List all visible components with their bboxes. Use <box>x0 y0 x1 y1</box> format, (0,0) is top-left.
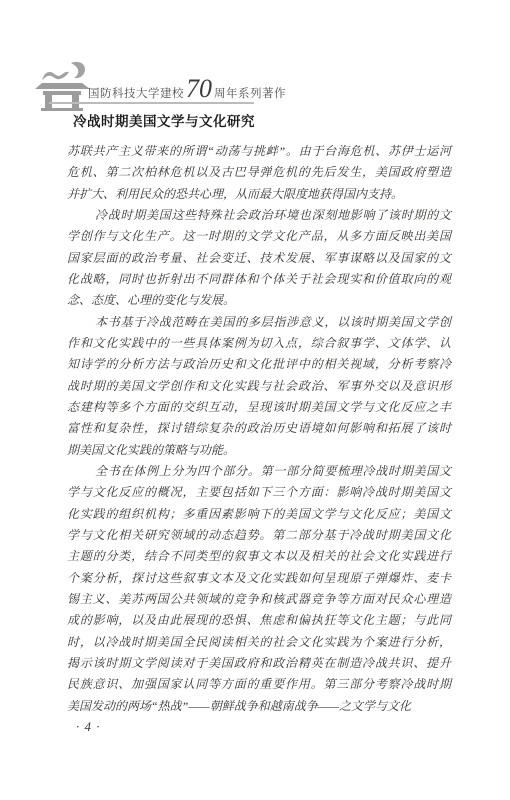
text-line: 危机、第二次柏林危机以及古巴导弹危机的先后发生，美国政府塑造 <box>67 162 451 183</box>
text-line: 富性和复杂性，探讨错综复杂的政治历史语境如何影响和拓展了该时 <box>67 418 451 439</box>
ribbon-comma-icon <box>71 62 85 78</box>
nudt-gate-logo-icon <box>34 60 92 112</box>
page-body: 苏联共产主义带来的所谓“动荡与挑衅”。由于台海危机、苏伊士运河危机、第二次柏林危… <box>67 141 451 717</box>
text-line: 学与文化相关研究领域的动态趋势。第二部分基于冷战时期美国文化 <box>67 525 451 546</box>
text-line: 时，以冷战时期美国全民阅读相关的社会文化实践为个案进行分析， <box>67 632 451 653</box>
text-line: 学创作与文化生产。这一时期的文学文化产品，从多方面反映出美国 <box>67 226 451 247</box>
book-page: 国防科技大学建校 70 周年系列著作 冷战时期美国文学与文化研究 苏联共产主义带… <box>0 0 510 800</box>
text-line: 成的影响，以及由此展现的恐惧、焦虑和偏执狂等文化主题；与此同 <box>67 610 451 631</box>
text-line: 作和文化实践中的一些具体案例为切入点，综合叙事学、文体学、认 <box>67 333 451 354</box>
text-line: 个案分析，探讨这些叙事文本及文化实践如何呈现原子弹爆炸、麦卡 <box>67 568 451 589</box>
text-line: 期美国文化实践的策略与功能。 <box>67 440 451 461</box>
gate-roof-icon <box>35 83 90 89</box>
text-line: 苏联共产主义带来的所谓“动荡与挑衅”。由于台海危机、苏伊士运河 <box>67 141 451 162</box>
text-line: 念、态度、心理的变化与发展。 <box>67 290 451 311</box>
text-line: 冷战时期美国这些特殊社会政治环境也深刻地影响了该时期的文 <box>67 205 451 226</box>
ribbon-swoosh-icon <box>42 72 69 80</box>
book-title: 冷战时期美国文学与文化研究 <box>73 110 255 130</box>
text-line: 全书在体例上分为四个部分。第一部分简要梳理冷战时期美国文 <box>67 461 451 482</box>
text-line: 并扩大、利用民众的恐共心理，从而最大限度地获得国内支持。 <box>67 184 451 205</box>
text-line: 锡主义、美苏两国公共领域的竞争和核武器竞争等方面对民众心理造 <box>67 589 451 610</box>
text-line: 揭示该时期文学阅读对于美国政府和政治精英在制造冷战共识、提升 <box>67 653 451 674</box>
gate-beam-icon <box>43 91 81 95</box>
series-anniversary-number: 70 <box>186 74 212 104</box>
text-line: 主题的分类，结合不同类型的叙事文本以及相关的社会文化实践进行 <box>67 546 451 567</box>
text-line: 战时期的美国文学创作和文化实践与社会政治、军事外交以及意识形 <box>67 376 451 397</box>
text-line: 民族意识、加强国家认同等方面的重要作用。第三部分考察冷战时期 <box>67 674 451 695</box>
text-line: 化实践的组织机构；多重因素影响下的美国文学与文化反应；美国文 <box>67 504 451 525</box>
series-title-suffix: 周年系列著作 <box>214 85 286 101</box>
series-title-prefix: 国防科技大学建校 <box>88 85 184 101</box>
text-line: 知诗学的分析方法与政治历史和文化批评中的相关视域，分析考察冷 <box>67 354 451 375</box>
text-line: 国家层面的政治考量、社会变迁、技术发展、军事谋略以及国家的文 <box>67 248 451 269</box>
text-line: 美国发动的两场“热战”——朝鲜战争和越南战争——之文学与文化 <box>67 696 451 717</box>
text-line: 学与文化反应的概况，主要包括如下三个方面：影响冷战时期美国文 <box>67 482 451 503</box>
text-line: 化战略，同时也折射出不同群体和个体关于社会现实和价值取向的观 <box>67 269 451 290</box>
page-number: · 4 · <box>76 719 101 735</box>
text-line: 本书基于冷战范畴在美国的多层指涉意义，以该时期美国文学创 <box>67 312 451 333</box>
series-title: 国防科技大学建校 70 周年系列著作 <box>88 74 348 104</box>
text-line: 态建构等多个方面的交织互动，呈现该时期美国文学与文化反应之丰 <box>67 397 451 418</box>
header-divider <box>49 102 254 104</box>
